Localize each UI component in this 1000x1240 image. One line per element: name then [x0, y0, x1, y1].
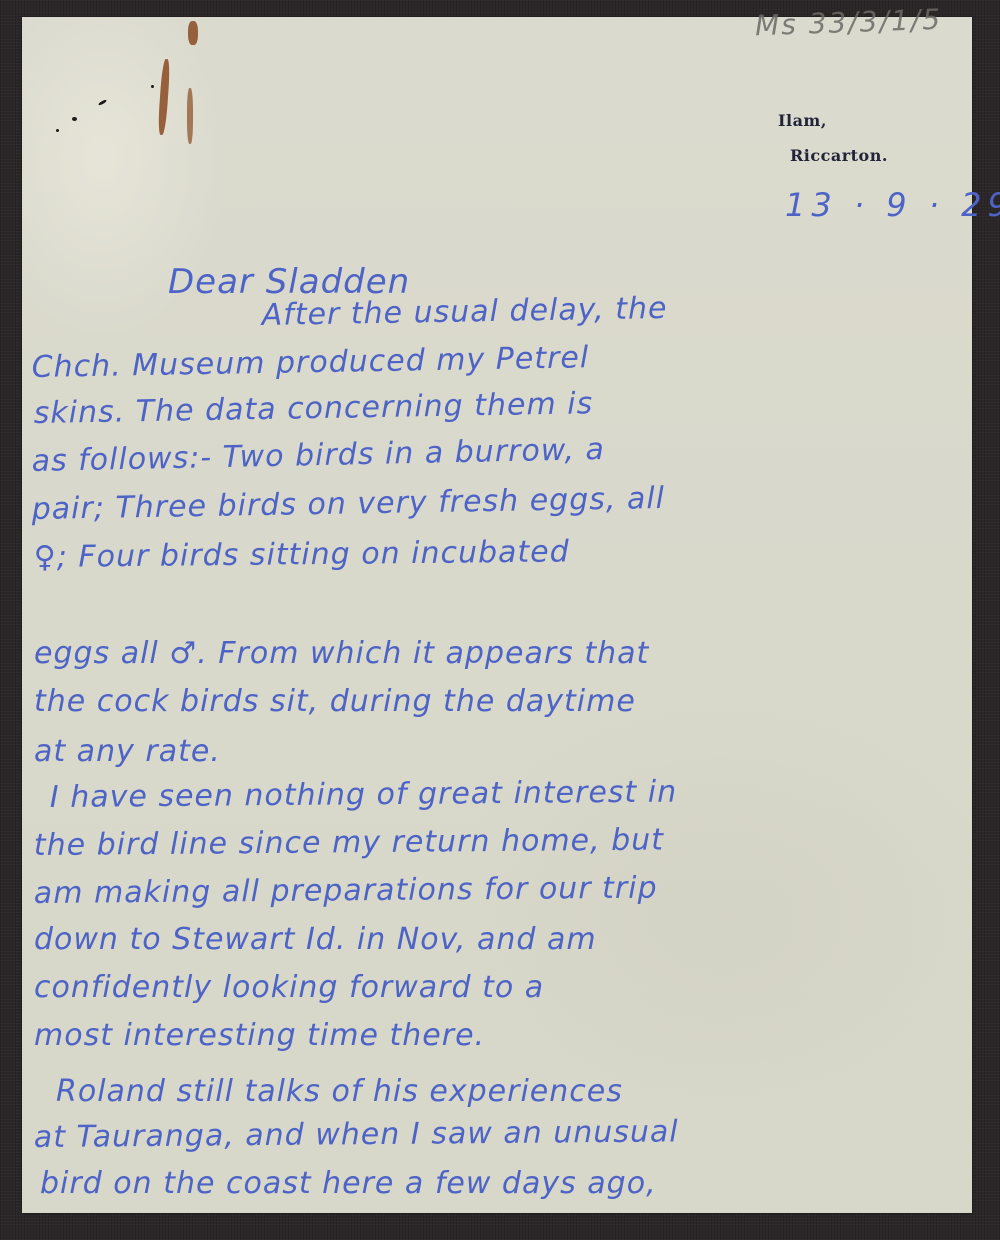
- letter-date: 13 · 9 · 29: [785, 186, 1000, 224]
- letter-line: ♀; Four birds sitting on incubated: [34, 534, 570, 575]
- ink-speck: [98, 99, 107, 106]
- letter-line: down to Stewart Id. in Nov, and am: [34, 922, 597, 957]
- letter-line: am making all preparations for our trip: [34, 871, 658, 911]
- letter-line: the bird line since my return home, but: [34, 823, 664, 863]
- letter-line: I have seen nothing of great interest in: [50, 775, 678, 815]
- letter-line: the cock birds sit, during the daytime: [34, 684, 636, 719]
- letter-line: Roland still talks of his experiences: [56, 1074, 623, 1109]
- ink-speck: [56, 129, 59, 132]
- letter-line: confidently looking forward to a: [34, 970, 544, 1005]
- letterhead-line2: Riccarton.: [790, 146, 888, 165]
- letter-line: most interesting time there.: [34, 1018, 485, 1053]
- letterhead-line1: Ilam,: [778, 111, 827, 130]
- letter-line: bird on the coast here a few days ago,: [40, 1166, 657, 1201]
- letter-line: After the usual delay, the: [261, 291, 667, 333]
- rust-stain: [187, 88, 193, 144]
- letter-line: eggs all ♂. From which it appears that: [34, 636, 649, 671]
- rust-stain: [188, 21, 198, 45]
- ink-speck: [151, 85, 154, 88]
- ink-speck: [72, 117, 77, 121]
- letter-line: at any rate.: [34, 734, 221, 769]
- letter-line: at Tauranga, and when I saw an unusual: [34, 1114, 679, 1155]
- rust-stain: [157, 59, 170, 135]
- archive-reference: Ms 33/3/1/5: [754, 3, 942, 43]
